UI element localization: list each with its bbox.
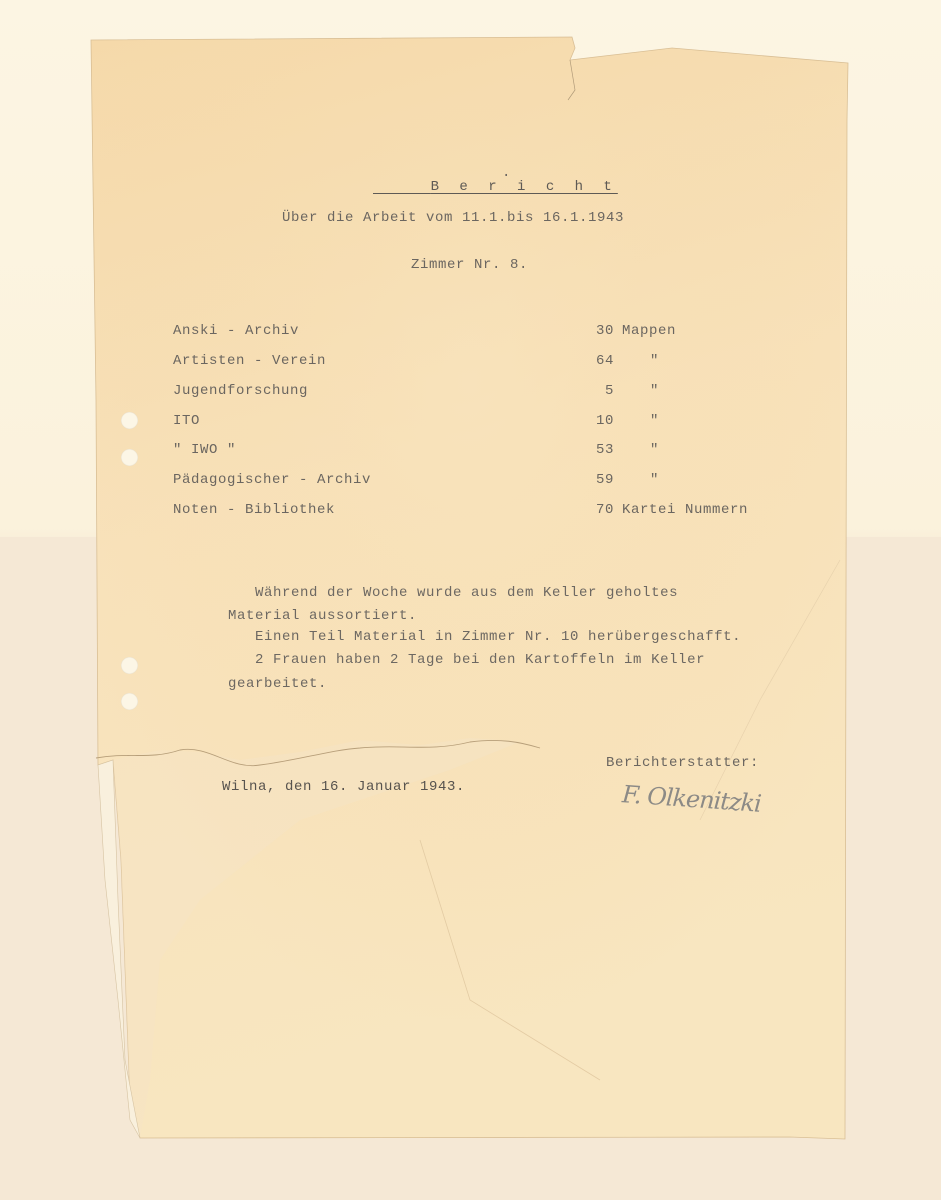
inventory-unit: " xyxy=(650,384,659,398)
punch-hole xyxy=(121,657,138,674)
inventory-label: Jugendforschung xyxy=(173,384,308,398)
inventory-count: 59 xyxy=(588,473,614,487)
inventory-label: ITO xyxy=(173,414,200,428)
report-paragraph-line: Während der Woche wurde aus dem Keller g… xyxy=(228,586,678,600)
inventory-unit: " xyxy=(650,354,659,368)
inventory-unit: " xyxy=(650,473,659,487)
room-number: Zimmer Nr. 8. xyxy=(411,258,528,272)
inventory-count: 53 xyxy=(588,443,614,457)
inventory-count: 5 xyxy=(588,384,614,398)
title-period: . xyxy=(502,166,511,180)
report-paragraph-line: Material aussortiert. xyxy=(228,609,417,623)
inventory-label: Noten - Bibliothek xyxy=(173,503,335,517)
inventory-unit: Kartei Nummern xyxy=(622,503,748,517)
inventory-count: 70 xyxy=(588,503,614,517)
inventory-unit: " xyxy=(650,414,659,428)
inventory-count: 10 xyxy=(588,414,614,428)
report-paragraph-line: gearbeitet. xyxy=(228,677,327,691)
punch-hole xyxy=(121,449,138,466)
inventory-count: 64 xyxy=(588,354,614,368)
punch-hole xyxy=(121,412,138,429)
place-date: Wilna, den 16. Januar 1943. xyxy=(222,780,465,794)
report-paragraph-line: 2 Frauen haben 2 Tage bei den Kartoffeln… xyxy=(228,653,705,667)
inventory-unit: Mappen xyxy=(622,324,676,338)
punch-hole xyxy=(121,693,138,710)
report-paragraph-line: Einen Teil Material in Zimmer Nr. 10 her… xyxy=(228,630,741,644)
document-subtitle: Über die Arbeit vom 11.1.bis 16.1.1943 xyxy=(282,211,624,225)
inventory-label: Anski - Archiv xyxy=(173,324,299,338)
inventory-unit: " xyxy=(650,443,659,457)
document-title: B e r i c h t xyxy=(373,166,618,194)
inventory-count: 30 xyxy=(588,324,614,338)
inventory-label: " IWO " xyxy=(173,443,236,457)
document-sheet: B e r i c h t . Über die Arbeit vom 11.1… xyxy=(0,0,941,1200)
inventory-label: Pädagogischer - Archiv xyxy=(173,473,371,487)
inventory-label: Artisten - Verein xyxy=(173,354,326,368)
reporter-label: Berichterstatter: xyxy=(606,756,759,770)
